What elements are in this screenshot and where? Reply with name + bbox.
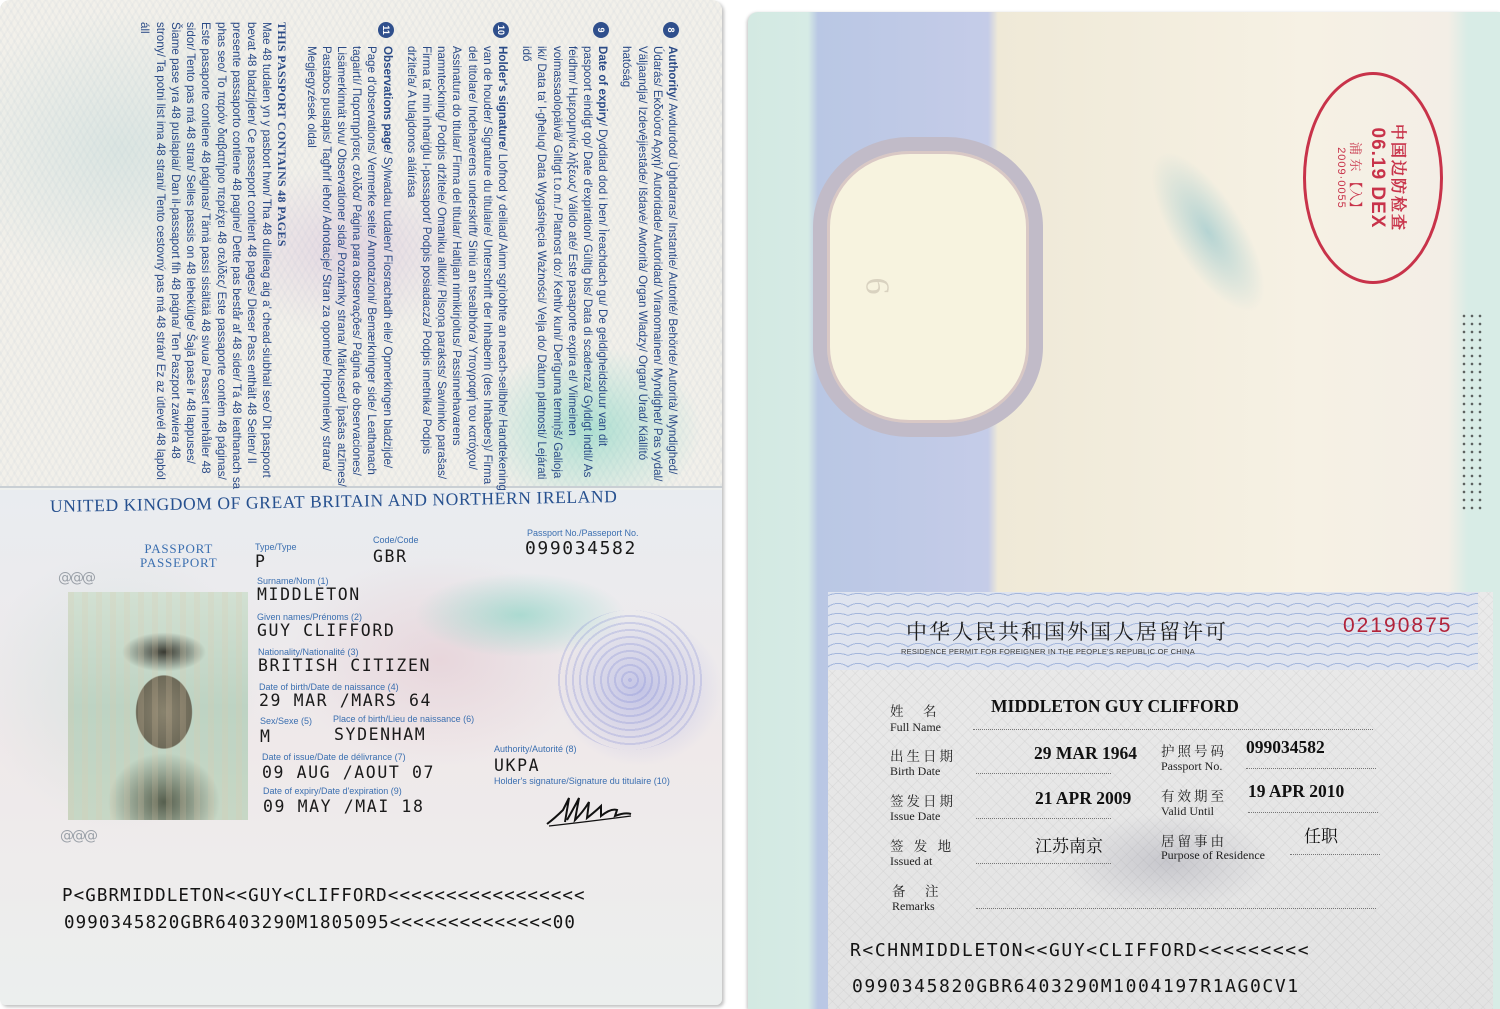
number-badge: 11: [378, 22, 394, 38]
code-value: GBR: [373, 547, 408, 566]
uk-passport-spread: 8 Authority/ Awdurdod/ Ùghdarras/ Instan…: [0, 0, 722, 1005]
issue-date-label-en: Issue Date: [890, 809, 940, 824]
dob-value: 29 MAR /MARS 64: [259, 691, 432, 710]
authority-label: Authority/Autorité (8): [494, 744, 577, 754]
field-underline: [976, 908, 1376, 909]
type-value: P: [255, 552, 267, 571]
page-count-note: THIS PASSPORT CONTAINS 48 PAGES Mae 48 t…: [137, 22, 289, 492]
number-badge: 8: [663, 22, 679, 38]
rotated-notes-block: 8 Authority/ Awdurdod/ Ùghdarras/ Instan…: [40, 22, 680, 492]
passport-visa-page: 6 中国边防检查 06.19 DEX 浦 东 【入】 2009·0055 中华人…: [748, 12, 1500, 1009]
place-of-birth-label: Place of birth/Lieu de naissance (6): [333, 714, 474, 724]
sex-value: M: [260, 727, 272, 746]
full-name-value: MIDDLETON GUY CLIFFORD: [991, 696, 1239, 717]
issued-at-label-cn: 签 发 地: [890, 835, 954, 855]
permit-mrz-line-1: R<CHNMIDDLETON<<GUY<CLIFFORD<<<<<<<<<: [850, 940, 1310, 961]
expiry-date-label: Date of expiry/Date d'expiration (9): [263, 786, 402, 796]
stamp-date: 06.19 DEX: [1366, 88, 1388, 268]
birth-date-value: 29 MAR 1964: [1034, 743, 1137, 764]
issue-date-value: 09 AUG /AOUT 07: [262, 763, 435, 782]
valid-until-label-en: Valid Until: [1161, 804, 1214, 819]
document-type-label: PASSPORT PASSEPORT: [140, 542, 217, 570]
code-label: Code/Code: [373, 535, 419, 545]
purpose-label-cn: 居留事由: [1161, 830, 1227, 850]
mrz-line-2: 0990345820GBR6403290M1805095<<<<<<<<<<<<…: [64, 913, 576, 933]
passport-back-page: 8 Authority/ Awdurdod/ Ùghdarras/ Instan…: [0, 0, 722, 488]
page-count-text: Mae 48 tudalen yn y pasbort hwn/ Tha 48 …: [137, 22, 274, 492]
issued-at-label-en: Issued at: [890, 854, 932, 869]
issue-date-label: Date of issue/Date de délivrance (7): [262, 752, 406, 762]
field-underline: [976, 773, 1111, 774]
passport-no-label-cn: 护照号码: [1161, 740, 1227, 760]
permit-title-en: RESIDENCE PERMIT FOR FOREIGNER IN THE PE…: [901, 647, 1195, 656]
passport-number-value: 099034582: [525, 538, 637, 559]
given-names-value: GUY CLIFFORD: [257, 621, 395, 640]
security-rosette: [555, 610, 705, 750]
field-underline: [1248, 812, 1378, 813]
authority-value: UKPA: [494, 756, 540, 775]
stamp-agency: 中国边防检查: [1388, 88, 1411, 268]
issue-date-label-cn: 签发日期: [890, 790, 956, 810]
field-underline: [976, 818, 1111, 819]
expiry-date-value: 09 MAY /MAI 18: [263, 797, 424, 816]
passport-no-label-en: Passport No.: [1161, 759, 1222, 774]
full-name-label-cn: 姓 名: [890, 700, 940, 720]
purpose-label-en: Purpose of Residence: [1161, 848, 1265, 863]
passport-no-value: 099034582: [1246, 737, 1325, 758]
surname-value: MIDDLETON: [257, 585, 361, 604]
note-observations-page: 11 Observations page/ Sylwadau tudalen/ …: [303, 22, 394, 492]
stamp-serial: 2009·0055: [1335, 88, 1347, 268]
purpose-value: 任职: [1304, 822, 1338, 847]
guilloche-swirl-icon: @@@: [58, 570, 94, 586]
permit-mrz-line-2: 0990345820GBR6403290M1004197R1AG0CV1: [852, 976, 1300, 997]
holder-signature-icon: [545, 792, 635, 828]
nationality-value: BRITISH CITIZEN: [258, 656, 431, 675]
type-label: Type/Type: [255, 542, 297, 552]
passport-number-label: Passport No./Passeport No.: [527, 528, 639, 538]
permit-number: 02190875: [1343, 614, 1452, 638]
field-underline: [976, 863, 1111, 864]
perforation-dots: [1460, 312, 1484, 512]
mrz-line-1: P<GBRMIDDLETON<<GUY<CLIFFORD<<<<<<<<<<<<…: [62, 886, 586, 906]
valid-until-value: 19 APR 2010: [1248, 781, 1344, 802]
field-underline: [1246, 768, 1376, 769]
field-underline: [1290, 854, 1380, 855]
signature-label: Holder's signature/Signature du titulair…: [494, 776, 670, 786]
issuing-country: UNITED KINGDOM OF GREAT BRITAIN AND NORT…: [50, 485, 700, 517]
sex-label: Sex/Sexe (5): [260, 716, 312, 726]
number-badge: 9: [593, 22, 609, 38]
holder-photo: [68, 592, 248, 820]
permit-title-cn: 中华人民共和国外国人居留许可: [906, 616, 1228, 646]
remarks-label-cn: 备 注: [892, 880, 942, 900]
page-count-heading: THIS PASSPORT CONTAINS 48 PAGES: [274, 22, 289, 492]
issue-date-value: 21 APR 2009: [1035, 788, 1131, 809]
remarks-label-en: Remarks: [892, 899, 935, 914]
residence-permit: 中华人民共和国外国人居留许可 RESIDENCE PERMIT FOR FORE…: [828, 592, 1493, 1009]
permit-header: 中华人民共和国外国人居留许可 RESIDENCE PERMIT FOR FORE…: [828, 592, 1478, 670]
stamp-port: 浦 东 【入】: [1347, 88, 1366, 268]
field-underline: [973, 729, 1373, 730]
guilloche-swirl-icon: @@@: [60, 828, 96, 844]
valid-until-label-cn: 有效期至: [1161, 785, 1227, 805]
note-holders-signature: 10 Holder's signature/ Llofnod y deiliad…: [404, 22, 510, 492]
entry-stamp: 中国边防检查 06.19 DEX 浦 东 【入】 2009·0055: [1303, 72, 1443, 284]
number-badge: 10: [493, 22, 509, 38]
full-name-label-en: Full Name: [890, 720, 941, 735]
note-authority: 8 Authority/ Awdurdod/ Ùghdarras/ Instan…: [619, 22, 680, 492]
passport-data-page: UNITED KINGDOM OF GREAT BRITAIN AND NORT…: [0, 490, 722, 1005]
place-of-birth-value: SYDENHAM: [334, 725, 426, 744]
note-date-of-expiry: 9 Date of expiry/ Dyddiad dod i ben/ Ìre…: [519, 22, 610, 492]
decorative-frame: [813, 137, 1043, 437]
issued-at-value: 江苏南京: [1035, 832, 1103, 857]
birth-date-label-en: Birth Date: [890, 764, 940, 779]
page-number: 6: [858, 278, 896, 295]
birth-date-label-cn: 出生日期: [890, 745, 956, 765]
